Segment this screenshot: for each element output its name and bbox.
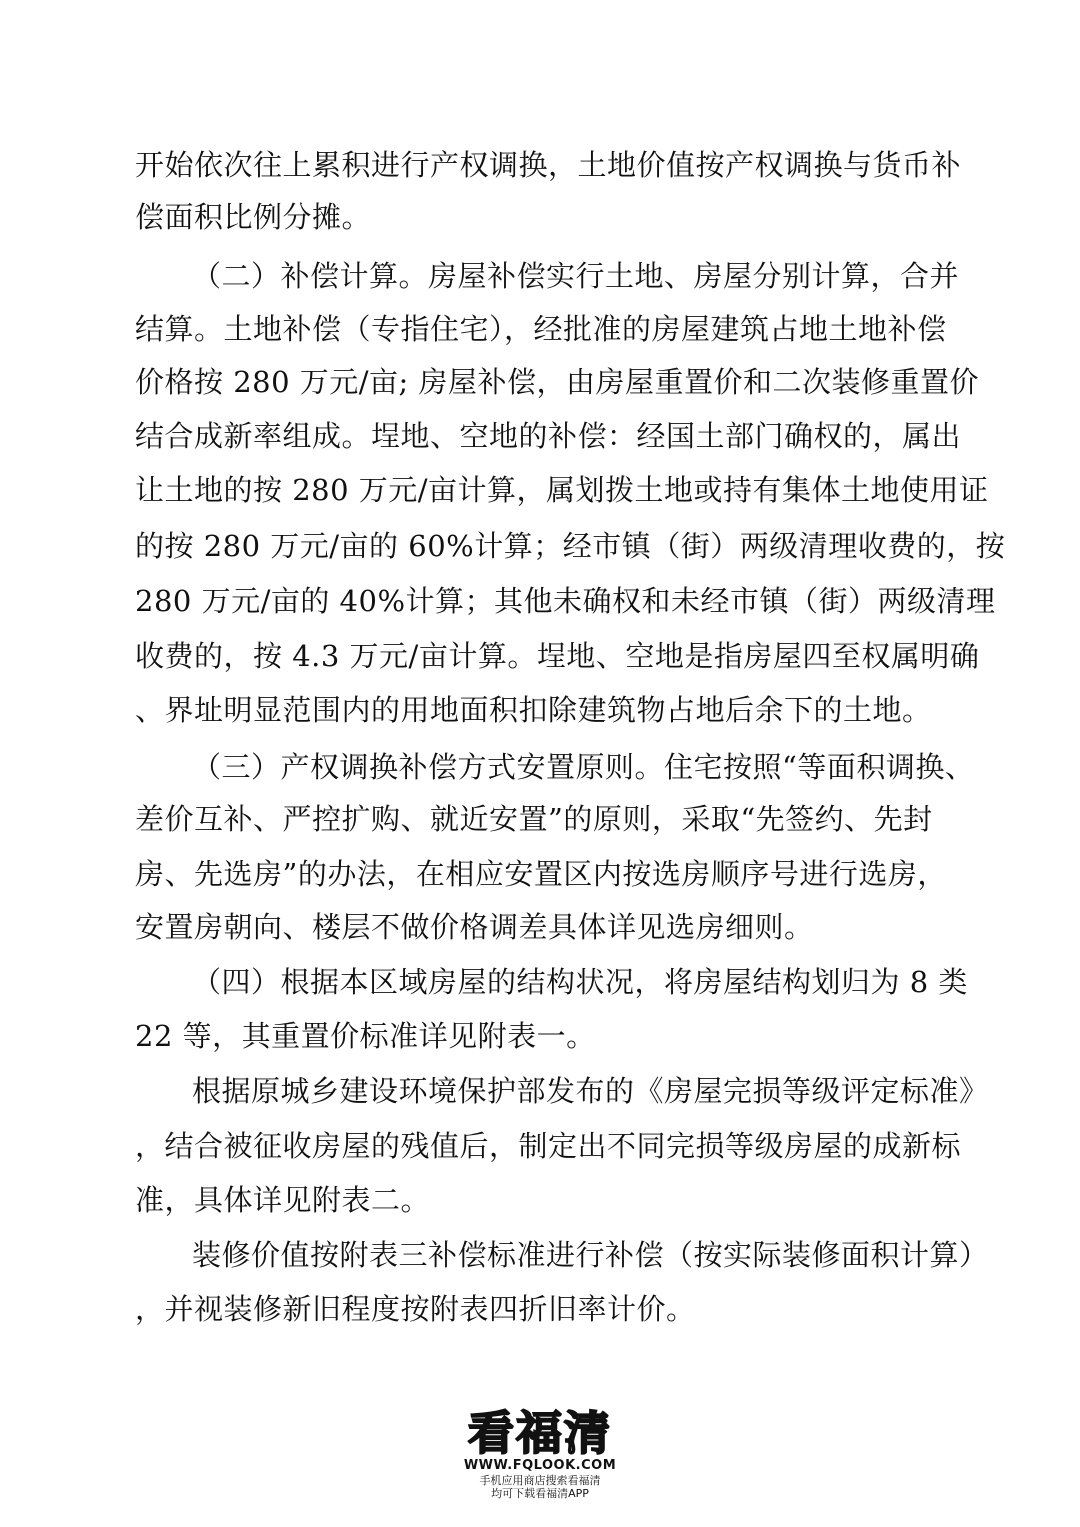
text-line: 安置房朝向、楼层不做价格调差具体详见选房细则。 xyxy=(135,909,950,945)
text-line: 22 等，其重置价标准详见附表一。 xyxy=(135,1018,950,1054)
text-line: 房、先选房”的办法，在相应安置区内按选房顺序号进行选房， xyxy=(135,856,950,892)
paragraph-5-line: 根据原城乡建设环境保护部发布的《房屋完损等级评定标准》 xyxy=(192,1073,950,1109)
text-line: 开始依次往上累积进行产权调换，土地价值按产权调换与货币补 xyxy=(135,147,950,183)
text-line: 、界址明显范围内的用地面积扣除建筑物占地后余下的土地。 xyxy=(135,692,950,728)
text-line: 准，具体详见附表二。 xyxy=(135,1182,950,1218)
document-page: 开始依次往上累积进行产权调换，土地价值按产权调换与货币补 偿面积比例分摊。 （二… xyxy=(0,0,1080,1527)
watermark-hint-1: 手机应用商店搜索看福清 xyxy=(460,1474,620,1487)
watermark-hint-2: 均可下载看福清APP xyxy=(460,1487,620,1500)
text-line: 的按 280 万元/亩的 60%计算；经市镇（街）两级清理收费的，按 xyxy=(135,528,950,564)
text-line: 差价互补、严控扩购、就近安置”的原则，采取“先签约、先封 xyxy=(135,801,950,837)
watermark-url: WWW.FQLOOK.COM xyxy=(460,1458,620,1474)
paragraph-2-heading-line: （二）补偿计算。房屋补偿实行土地、房屋分别计算，合并 xyxy=(192,258,950,294)
paragraph-6-line: 装修价值按附表三补偿标准进行补偿（按实际装修面积计算） xyxy=(192,1237,950,1273)
text-line: 价格按 280 万元/亩; 房屋补偿，由房屋重置价和二次装修重置价 xyxy=(135,364,950,400)
text-line: 偿面积比例分摊。 xyxy=(135,199,950,235)
text-line: 让土地的按 280 万元/亩计算，属划拨土地或持有集体土地使用证 xyxy=(135,472,950,508)
watermark: 看福清 WWW.FQLOOK.COM 手机应用商店搜索看福清 均可下载看福清AP… xyxy=(460,1408,620,1500)
text-line: ，结合被征收房屋的残值后，制定出不同完损等级房屋的成新标 xyxy=(135,1128,950,1164)
paragraph-3-heading-line: （三）产权调换补偿方式安置原则。住宅按照“等面积调换、 xyxy=(192,749,950,785)
paragraph-4-heading-line: （四）根据本区域房屋的结构状况，将房屋结构划归为 8 类 xyxy=(192,964,950,1000)
text-line: 280 万元/亩的 40%计算；其他未确权和未经市镇（街）两级清理 xyxy=(135,583,950,619)
text-line: 收费的，按 4.3 万元/亩计算。埕地、空地是指房屋四至权属明确 xyxy=(135,638,950,674)
watermark-logo: 看福清 xyxy=(460,1408,620,1458)
text-line: ，并视装修新旧程度按附表四折旧率计价。 xyxy=(135,1291,950,1327)
text-line: 结算。土地补偿（专指住宅），经批准的房屋建筑占地土地补偿 xyxy=(135,311,950,347)
text-line: 结合成新率组成。埕地、空地的补偿：经国土部门确权的，属出 xyxy=(135,418,950,454)
